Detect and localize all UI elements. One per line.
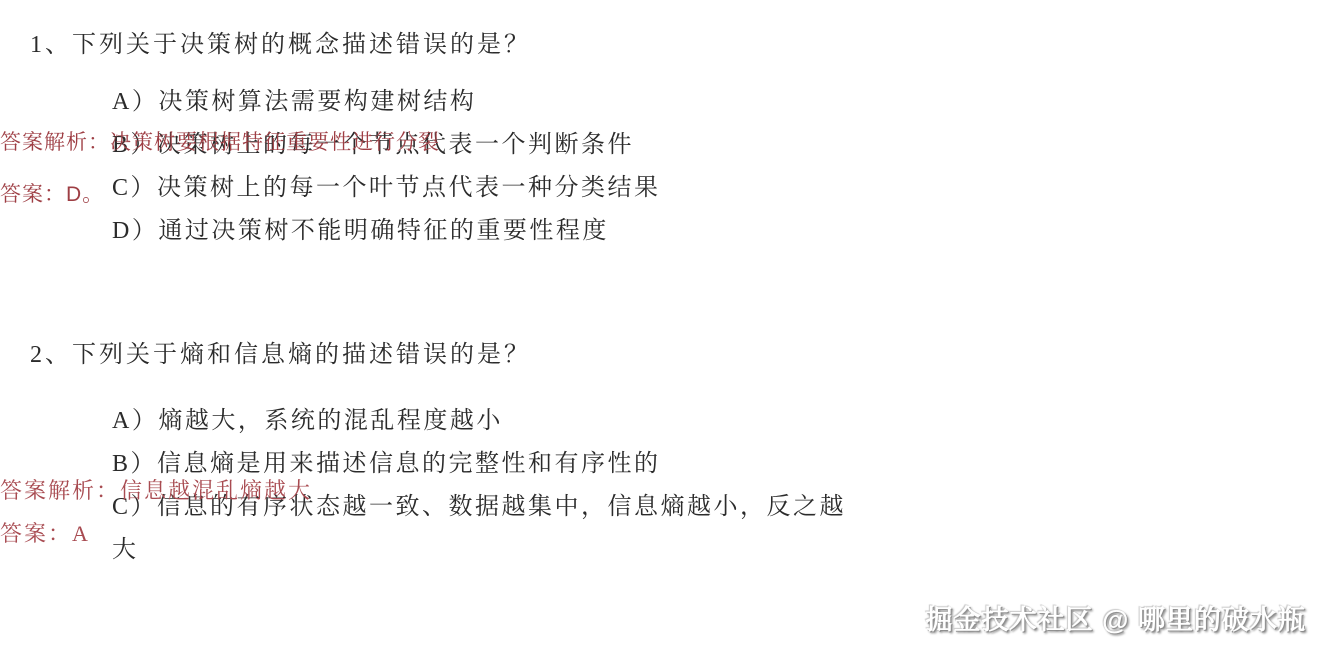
question-1-title: 1、下列关于决策树的概念描述错误的是？ [30,30,531,60]
question-1-option-d: D）通过决策树不能明确特征的重要性程度 [112,210,912,253]
question-2-title: 2、下列关于熵和信息熵的描述错误的是？ [30,340,531,370]
question-2-option-a: A）熵越大，系统的混乱程度越小 [112,400,857,443]
question-1-answer: 答案：D。 [0,182,104,208]
question-1-option-a: A）决策树算法需要构建树结构 [112,81,912,124]
question-1-answer-analysis: 答案解析：决策树要根据特征重要性进行分裂 [0,130,440,156]
question-1-option-c: C）决策树上的每一个叶节点代表一种分类结果 [112,167,912,210]
question-2-answer: 答案：A [0,521,90,547]
quiz-document: 1、下列关于决策树的概念描述错误的是？ A）决策树算法需要构建树结构 B）决策树… [0,0,1322,656]
question-2-answer-analysis: 答案解析：信息越混乱熵越大 [0,478,312,504]
watermark: 掘金技术社区 @ 哪里的破水瓶 [926,604,1306,636]
question-1-options: A）决策树算法需要构建树结构 B）决策树上的每一个节点代表一个判断条件 C）决策… [112,81,912,253]
